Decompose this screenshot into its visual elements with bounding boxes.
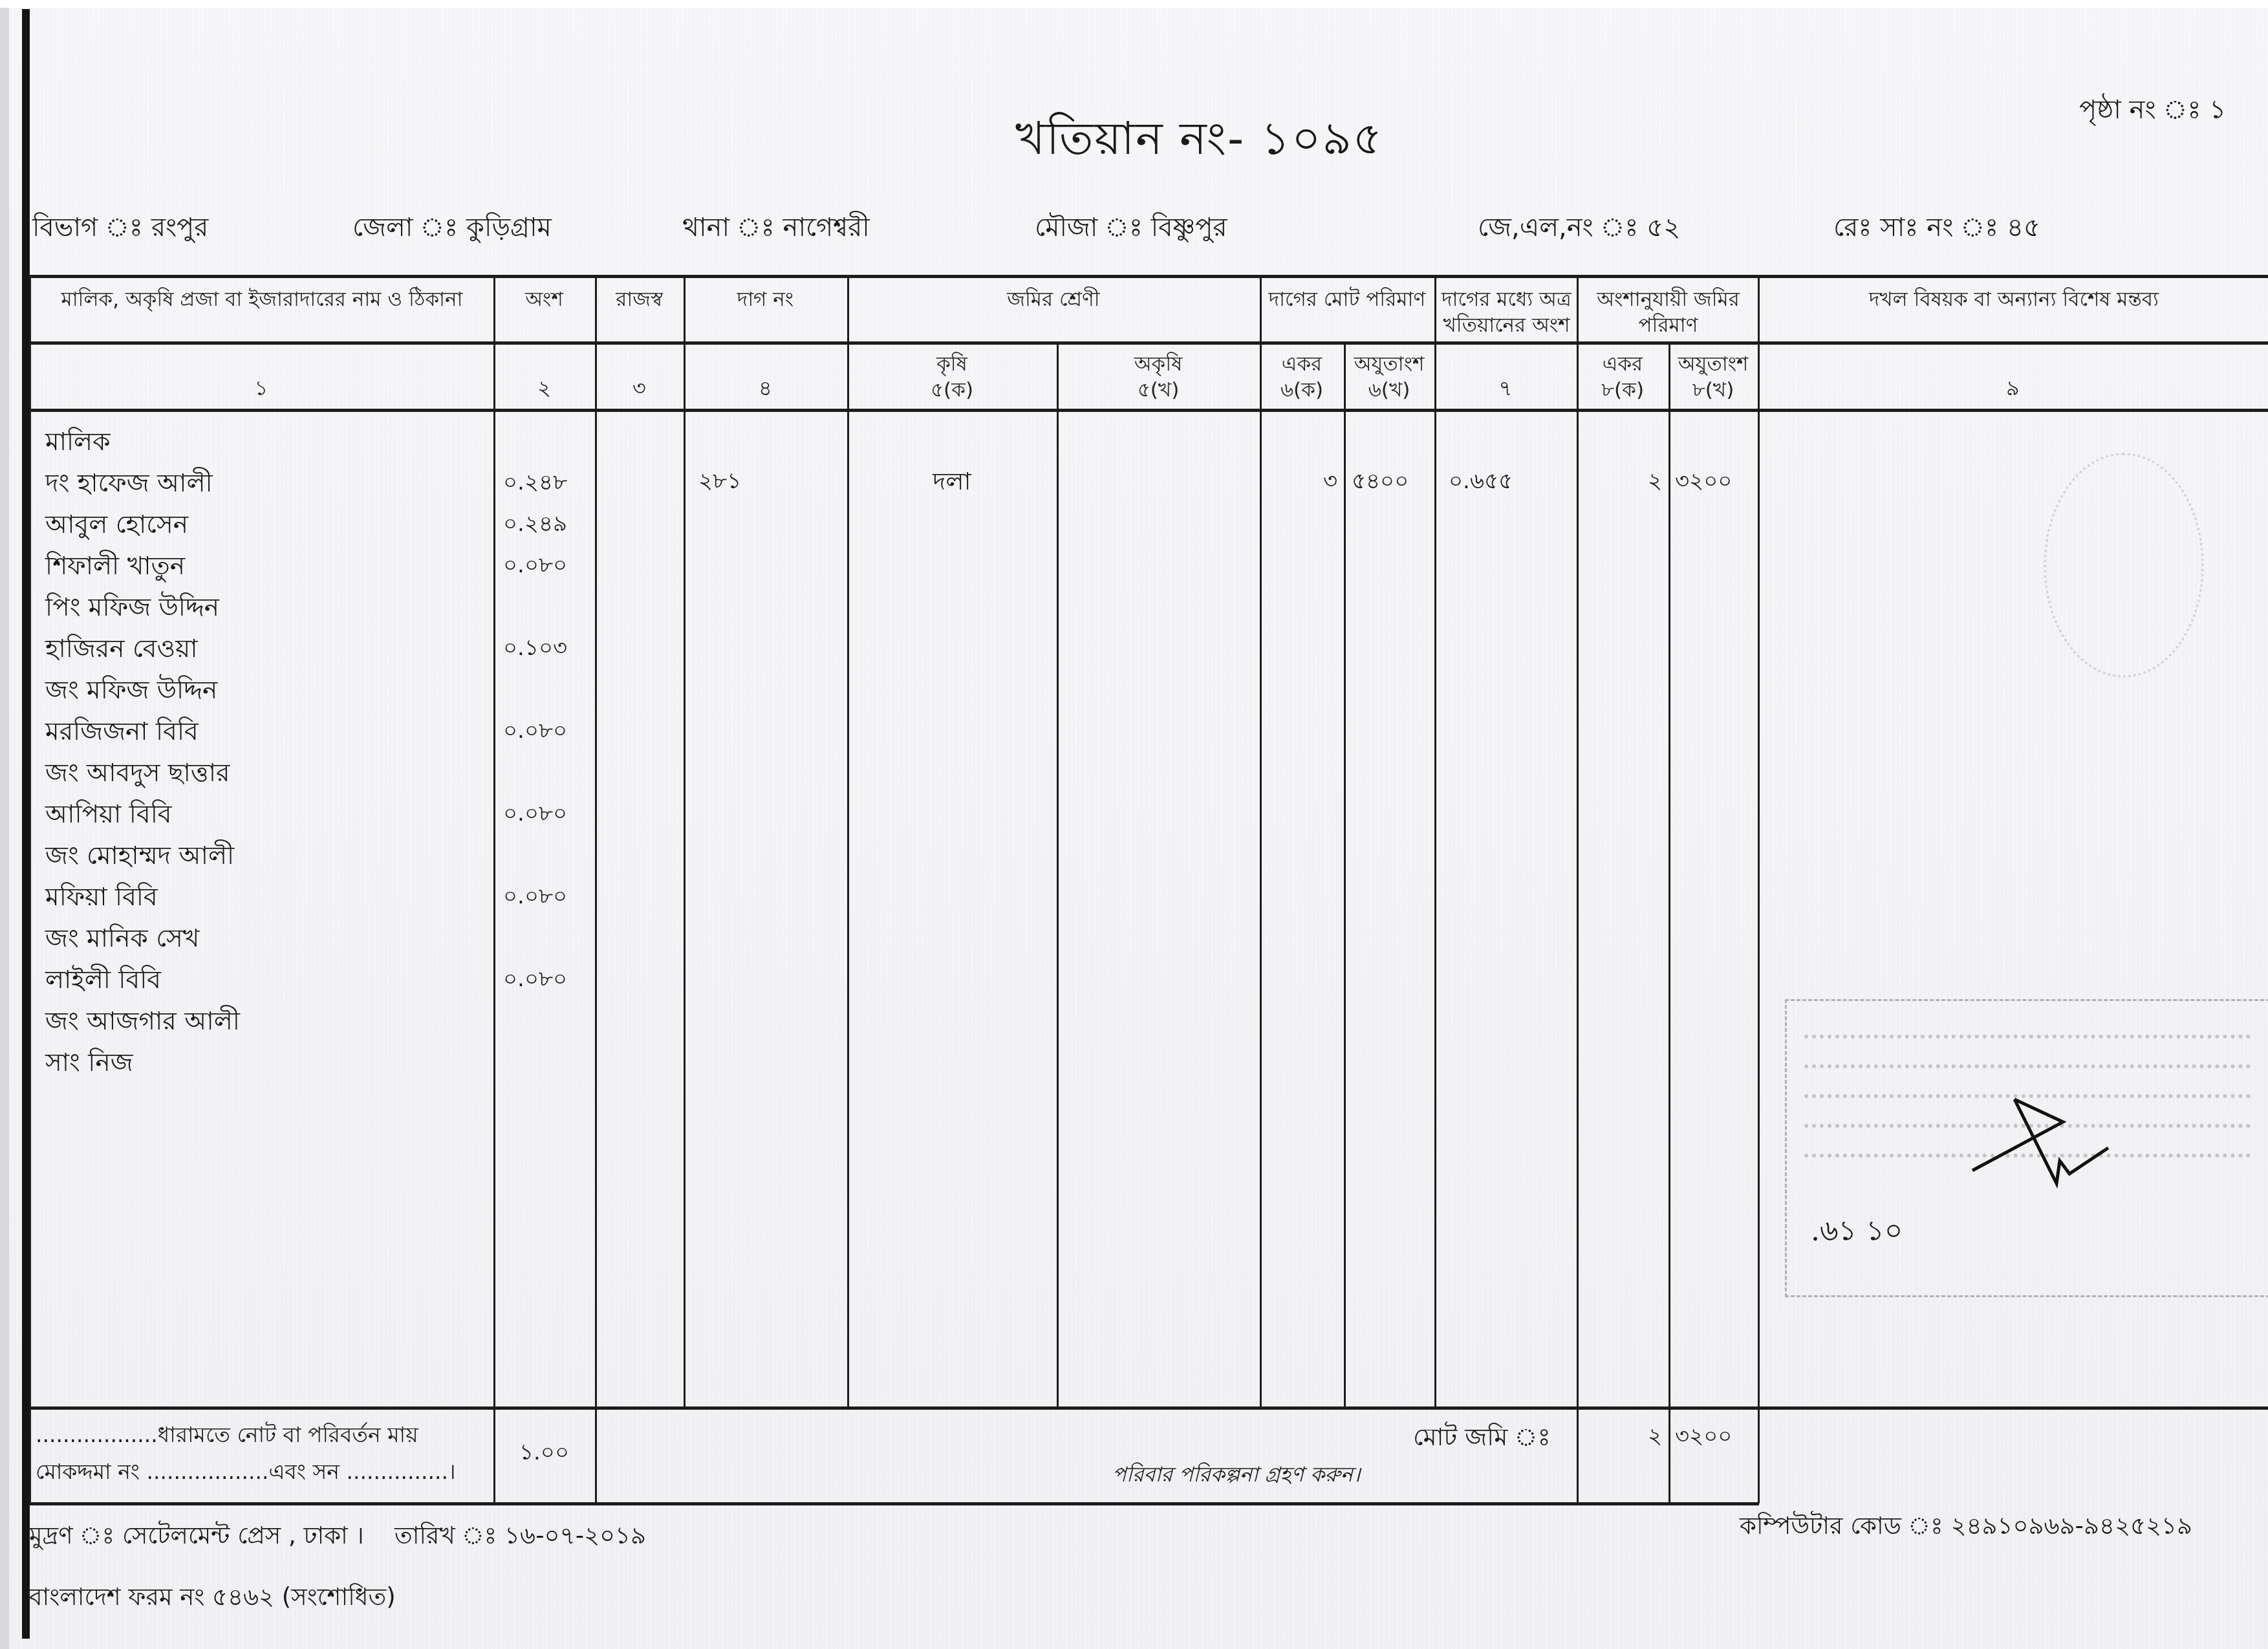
header-divider [29,341,2268,345]
owner-name: জং আজগার আলী [45,1002,240,1044]
owner-name: লাইলী বিবি [45,960,161,1002]
agri-label: কৃষি [847,351,1057,377]
subheader-acre-8: একর ৮(ক) [1577,351,1669,403]
header-khatian-share: দাগের মধ্যে অত্র খতিয়ানের অংশ [1436,286,1577,338]
owner-name: জং মানিক সেখ [45,919,199,961]
col-border-3 [684,275,686,1408]
handwritten-note: .৬১ ১০ [1811,1209,1903,1256]
owner-share: ০.০৮০ [503,548,567,585]
colnum-5k: ৫(ক) [847,377,1057,403]
owner-name: শিফালী খাতুন [45,546,185,588]
thana-field: থানা ঃ নাগেশ্বরী [682,207,870,250]
colnum-6k: ৬(ক) [1260,377,1344,403]
owner-share: ০.২৪৮ [503,466,567,502]
owner-share: ০.১০৩ [503,631,567,668]
col-border-4 [847,275,849,1408]
colnum-3: ৩ [595,372,684,407]
col-border-8kh [1758,275,1760,1503]
colnum-1: ১ [29,372,493,407]
owner-share: ০.০৮০ [503,879,567,916]
khatian-share-value: ০.৬৫৫ [1449,464,1513,501]
owner-share: ০.০৮০ [503,797,567,834]
owner-name: পিং মফিজ উদ্দিন [45,588,219,630]
owner-name: দং হাফেজ আলী [45,464,213,506]
re-sa-number-field: রেঃ সাঃ নং ঃ ৪৫ [1833,207,2040,250]
total-ajutangsha: ৩২০০ [1675,1419,1732,1456]
col-border-1 [493,275,495,1503]
dag-total-ajutangsha: ৫৪০০ [1352,464,1409,501]
mouza-field: মৌজা ঃ বিষ্ণুপুর [1035,207,1227,250]
subheader-acre-6: একর ৬(ক) [1260,351,1344,403]
colnum-5kh: ৫(খ) [1057,377,1260,403]
col-border-7 [1577,275,1579,1503]
colnum-6kh: ৬(খ) [1344,377,1434,403]
owner-share: ০.০৮০ [503,714,567,751]
faded-seal-stamp [2044,453,2204,678]
dag-number: ২৮১ [698,464,741,501]
col-border-5kh [1260,275,1262,1408]
header-owner: মালিক, অকৃষি প্রজা বা ইজারাদারের নাম ও ঠ… [55,286,469,312]
note-line-1: ..................ধারামতে নোট বা পরিবর্ত… [36,1418,418,1454]
district-field: জেলা ঃ কুড়িগ্রাম [352,207,552,250]
owner-name: জং মোহাম্মদ আলী [45,836,234,878]
header-land-class: জমির শ্রেণী [847,286,1260,312]
family-planning-slogan: পরিবার পরিকল্পনা গ্রহণ করুন। [1112,1458,1360,1493]
owner-share: ০.২৪৯ [503,507,567,544]
acre-label: একর [1260,351,1344,377]
page-number: পৃষ্ঠা নং ঃ ১ [2079,89,2226,133]
colnum-8k: ৮(ক) [1577,377,1669,403]
form-number: বাংলাদেশ ফরম নং ৫৪৬২ (সংশোধিত) [29,1578,396,1619]
owner-share: ০.০৮০ [503,962,567,999]
printed-by: মুদ্রণ ঃ সেটেলমেন্ট প্রেস , ঢাকা । [29,1516,364,1557]
colnum-4: ৪ [684,372,847,407]
scan-top-edge [0,0,2268,8]
subheader-ajutangsha-6: অযুতাংশ ৬(খ) [1344,351,1434,403]
dag-total-acre: ৩ [1260,464,1337,501]
table-bottom-border [29,1502,1759,1505]
subheader-non-agri: অকৃষি ৫(খ) [1057,351,1260,403]
header-dag-total: দাগের মোট পরিমাণ [1260,286,1434,312]
header-remarks: দখল বিষয়ক বা অন্যান্য বিশেষ মন্তব্য [1760,286,2268,312]
khatian-table: মালিক, অকৃষি প্রজা বা ইজারাদারের নাম ও ঠ… [29,275,2268,1503]
col-border-6kh [1434,275,1436,1408]
owner-name: মফিয়া বিবি [45,878,158,920]
division-field: বিভাগ ঃ রংপুর [32,207,208,250]
share-ajutangsha: ৩২০০ [1675,464,1732,501]
signature-mark [1966,1093,2186,1196]
khatian-title: খতিয়ান নং- ১০৯৫ [1015,103,1383,179]
col-border-5k [1057,343,1059,1408]
owner-heading: মালিক [45,422,110,464]
print-date: তারিখ ঃ ১৬-০৭-২০১৯ [394,1516,646,1557]
owner-name: সাং নিজ [45,1043,133,1085]
header-revenue: রাজস্ব [595,286,684,312]
col-border-2 [595,275,597,1503]
acre-label: একর [1577,351,1669,377]
share-acre: ২ [1577,464,1662,501]
col-border-left [29,275,31,1503]
subheader-agri: কৃষি ৫(ক) [847,351,1057,403]
owner-name: মরজিজনা বিবি [45,712,199,754]
colnum-7: ৭ [1434,372,1577,407]
ajutangsha-label: অযুতাংশ [1344,351,1434,377]
total-acre: ২ [1577,1419,1662,1456]
colnum-9: ৯ [1758,372,2268,407]
body-bottom-border [29,1406,2268,1410]
owner-name: জং মফিজ উদ্দিন [45,671,217,713]
header-land-by-share: অংশানুযায়ী জমির পরিমাণ [1579,286,1758,338]
agri-class: দলা [847,462,1057,504]
colnum-8kh: ৮(খ) [1669,377,1758,403]
jl-number-field: জে,এল,নং ঃ ৫২ [1478,207,1680,250]
note-line-2: মোকদ্দমা নং ..................এবং সন ...… [36,1455,456,1491]
colnum-2: ২ [493,372,595,407]
header-share: অংশ [493,286,595,312]
col-border-6k [1344,343,1346,1408]
subheader-divider [29,409,2268,412]
non-agri-label: অকৃষি [1057,351,1260,377]
col-border-8k [1669,343,1670,1503]
owner-name: হাজিরন বেওয়া [45,629,198,671]
subheader-ajutangsha-8: অযুতাংশ ৮(খ) [1669,351,1758,403]
header-dag-no: দাগ নং [684,286,847,312]
ajutangsha-label: অযুতাংশ [1669,351,1758,377]
total-land-label: মোট জমি ঃ [1413,1418,1551,1460]
owner-name: জং আবদুস ছাত্তার [45,753,230,795]
owner-name: আপিয়া বিবি [45,795,172,837]
owner-name: আবুল হোসেন [45,505,188,547]
table-top-border [29,275,2268,278]
computer-code: কম্পিউটার কোড ঃ ২৪৯১০৯৬৯-৯৪২৫২১৯ [1740,1507,2192,1547]
total-share: ১.০০ [493,1436,595,1472]
scan-edge [0,0,9,1649]
